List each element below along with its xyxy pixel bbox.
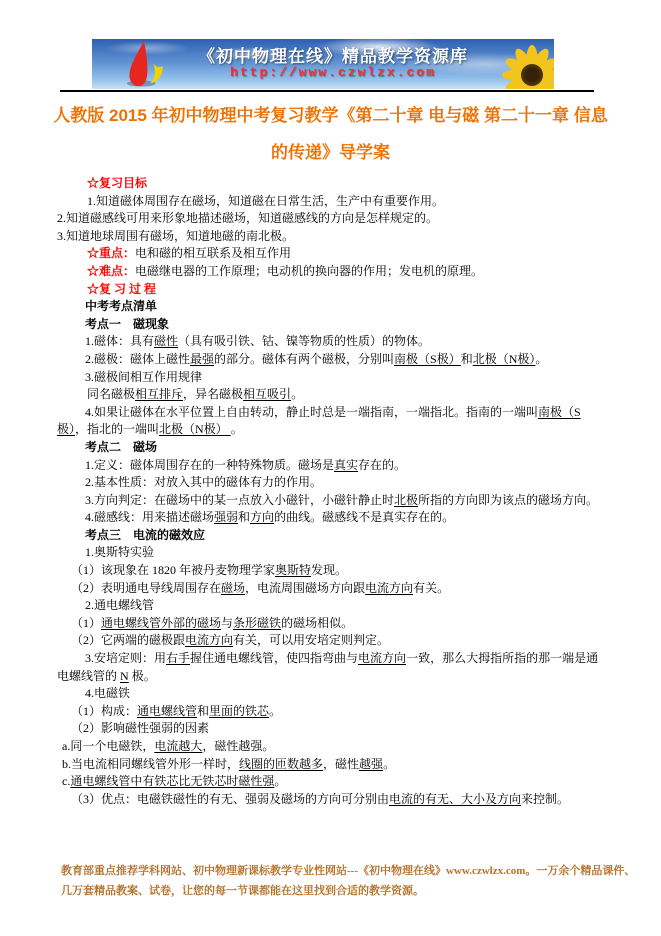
field-lines: 4.磁感线：用来描述磁场强弱和方向的曲线。磁感线不是真实存在的。 <box>57 509 609 527</box>
text-run: 。 <box>383 757 395 771</box>
factor-c: c.通电螺线管中有铁芯比无铁芯时磁性强。 <box>57 773 609 791</box>
text-run: 奥斯特 <box>275 563 311 577</box>
document-body: ☆复习目标1.知道磁体周围存在磁场，知道磁在日常生活，生产中有重要作用。2.知道… <box>57 175 609 808</box>
flame-logo-icon <box>116 40 170 88</box>
text-run: 1.知道磁体周围存在磁场，知道磁在日常生活，生产中有重要作用。 <box>87 194 444 208</box>
heading-exam-points-list: 中考考点清单 <box>57 298 609 316</box>
solenoid-2: （2）它两端的磁极跟电流方向有关，可以用安培定则判定。 <box>57 632 609 650</box>
solenoid-1: （1）通电螺线管外部的磁场与条形磁铁的磁场相似。 <box>57 615 609 633</box>
text-run: 4.如果让磁体在水平位置上自由转动，静止时总是一端指南，一端指北。指南的一端叫 <box>85 405 538 419</box>
text-run: 3.磁极间相互作用规律 <box>85 370 202 384</box>
text-run: 2.通电螺线管 <box>85 598 154 612</box>
text-run: 所指的方向即为该点的磁场方向。 <box>418 493 598 507</box>
factor-a: a.同一个电磁铁，电流越大，磁性越强。 <box>57 738 609 756</box>
title-line-1: 人教版 2015 年初中物理中考复习教学《第二十章 电与磁 第二十一章 信息 <box>0 97 661 134</box>
text-run: 考点三 电流的磁效应 <box>85 528 205 542</box>
text-run: 线圈的匝数越多 <box>239 757 323 771</box>
solenoid: 2.通电螺线管 <box>57 597 609 615</box>
text-run: 2.基本性质：对放入其中的磁体有力的作用。 <box>85 475 322 489</box>
text-run: 有关。 <box>413 581 449 595</box>
text-run: ☆复 习 过 程 <box>87 282 156 296</box>
text-run: 通电螺线管 <box>137 704 197 718</box>
text-run: 越强 <box>359 757 383 771</box>
electromagnet: 4.电磁铁 <box>57 685 609 703</box>
text-run: ，指北的一端叫 <box>75 422 159 436</box>
difficult-points: ☆难点：电磁继电器的工作原理；电动机的换向器的作用；发电机的原理。 <box>57 263 609 281</box>
pole-interaction-rule: 3.磁极间相互作用规律 <box>57 369 609 387</box>
text-run: 相互吸引 <box>243 387 291 401</box>
text-run: （2）它两端的磁极跟 <box>71 633 185 647</box>
footer-line-2: 几万套精品教案、试卷，让您的每一节课都能在这里找到合适的教学资源。 <box>61 881 646 901</box>
text-run: 北极（N极） <box>473 352 536 366</box>
magnet-definition: 1.磁体：具有磁性（具有吸引铁、钴、镍等物质的性质）的物体。 <box>57 333 609 351</box>
header-divider <box>60 90 594 92</box>
text-run: 考点二 磁场 <box>85 440 157 454</box>
text-run: 南极（S极） <box>394 352 461 366</box>
text-run: （2）表明通电导线周围存在 <box>71 581 221 595</box>
footer-line-1: 教育部重点推荐学科网站、初中物理新课标教学专业性网站---《初中物理在线》www… <box>61 861 646 881</box>
text-run: 方向 <box>250 510 274 524</box>
title-line-2: 的传递》导学案 <box>0 134 661 171</box>
text-run: 电磁继电器的工作原理；电动机的换向器的作用；发电机的原理。 <box>135 264 483 278</box>
field-definition: 1.定义：磁体周围存在的一种特殊物质。磁场是真实存在的。 <box>57 457 609 475</box>
heading-point-1: 考点一 磁现象 <box>57 316 609 334</box>
electromagnet-factors: （2）影响磁性强弱的因素 <box>57 720 609 738</box>
text-run: 北极 <box>394 493 418 507</box>
text-run: 电流方向 <box>185 633 233 647</box>
text-run: （2）影响磁性强弱的因素 <box>71 721 209 735</box>
text-run: 和 <box>238 510 250 524</box>
text-run: 1.奥斯特实验 <box>85 545 154 559</box>
text-run: 相互排斥 <box>135 387 183 401</box>
text-run: 1.定义：磁体周围存在的一种特殊物质。磁场是 <box>85 458 334 472</box>
text-run: 3.知道地球周围有磁场，知道地磁的南北极。 <box>57 229 294 243</box>
goal-3: 3.知道地球周围有磁场，知道地磁的南北极。 <box>57 228 609 246</box>
text-run: ，电流周围磁场方向跟 <box>245 581 365 595</box>
text-run: 2.磁极：磁体上磁性 <box>85 352 190 366</box>
pole-interaction-detail: 同名磁极相互排斥，异名磁极相互吸引。 <box>57 386 609 404</box>
text-run: 电流越大 <box>154 739 202 753</box>
text-run: 里面的铁芯 <box>209 704 269 718</box>
goal-1: 1.知道磁体周围存在磁场，知道磁在日常生活，生产中有重要作用。 <box>57 193 609 211</box>
field-property: 2.基本性质：对放入其中的磁体有力的作用。 <box>57 474 609 492</box>
page-title: 人教版 2015 年初中物理中考复习教学《第二十章 电与磁 第二十一章 信息 的… <box>0 97 661 171</box>
oersted-experiment: 1.奥斯特实验 <box>57 544 609 562</box>
heading-point-3: 考点三 电流的磁效应 <box>57 527 609 545</box>
text-run: 和 <box>197 704 209 718</box>
factor-b: b.当电流相同螺线管外形一样时，线圈的匝数越多，磁性越强。 <box>57 756 609 774</box>
text-run: 3.安培定则：用 <box>85 651 166 665</box>
text-run: 北极（N极） <box>159 422 231 436</box>
text-run: N <box>120 669 129 683</box>
text-run: 和 <box>461 352 473 366</box>
text-run: 4.磁感线：用来描述磁场 <box>85 510 214 524</box>
text-run: 电流方向 <box>365 581 413 595</box>
text-run: 。 <box>274 774 286 788</box>
text-run: ，磁性越强。 <box>202 739 274 753</box>
text-run: 来控制。 <box>521 792 569 806</box>
text-run: 。 <box>291 387 303 401</box>
text-run: 3.方向判定：在磁场中的某一点放入小磁针，小磁针静止时 <box>85 493 394 507</box>
site-banner: 《初中物理在线》精品教学资源库 http://www.czwlzx.com <box>92 39 554 89</box>
text-run: 电和磁的相互联系及相互作用 <box>135 246 291 260</box>
text-run: （3）优点：电磁铁磁性的有无、强弱及磁场的方向可分别由 <box>71 792 389 806</box>
text-run: 。 <box>535 352 547 366</box>
text-run: 1.磁体：具有 <box>85 334 154 348</box>
text-run: 2.知道磁感线可用来形象地描述磁场，知道磁感线的方向是怎样规定的。 <box>57 211 438 225</box>
goal-2: 2.知道磁感线可用来形象地描述磁场，知道磁感线的方向是怎样规定的。 <box>57 210 609 228</box>
oersted-2: （2）表明通电导线周围存在磁场，电流周围磁场方向跟电流方向有关。 <box>57 580 609 598</box>
heading-review-goals: ☆复习目标 <box>57 175 609 193</box>
sunflower-icon <box>486 45 554 89</box>
text-run: 真实 <box>334 458 358 472</box>
text-run: 电流的有无、大小及方向 <box>389 792 521 806</box>
text-run: （1）构成： <box>71 704 137 718</box>
text-run: 极。 <box>129 669 156 683</box>
text-run: 发现。 <box>311 563 347 577</box>
text-run: 通电螺线管中有铁芯比无铁芯时磁性强 <box>70 774 274 788</box>
text-run: 中考考点清单 <box>85 299 157 313</box>
text-run: 考点一 磁现象 <box>85 317 169 331</box>
text-run: b.当电流相同螺线管外形一样时， <box>62 757 239 771</box>
key-points: ☆重点：电和磁的相互联系及相互作用 <box>57 245 609 263</box>
text-run: （1）该现象在 1820 年被丹麦物理学家 <box>71 563 275 577</box>
text-run: 握住通电螺线管，使四指弯曲与 <box>190 651 358 665</box>
document-page: 《初中物理在线》精品教学资源库 http://www.czwlzx.com <box>0 0 661 936</box>
text-run: 强弱 <box>214 510 238 524</box>
text-run: 有关，可以用安培定则判定。 <box>233 633 389 647</box>
text-run: 条形磁铁 <box>233 616 281 630</box>
magnetic-poles: 2.磁极：磁体上磁性最强的部分。磁体有两个磁极，分别叫南极（S极）和北极（N极）… <box>57 351 609 369</box>
site-name: 《初中物理在线》精品教学资源库 <box>170 47 496 67</box>
text-run: ☆难点： <box>87 264 135 278</box>
text-run: 右手 <box>166 651 190 665</box>
text-run: 的磁场相似。 <box>281 616 353 630</box>
heading-point-2: 考点二 磁场 <box>57 439 609 457</box>
text-run: 的部分。磁体有两个磁极，分别叫 <box>214 352 394 366</box>
text-run: 存在的。 <box>358 458 406 472</box>
text-run: 最强 <box>190 352 214 366</box>
compass-behavior: 4.如果让磁体在水平位置上自由转动，静止时总是一端指南，一端指北。指南的一端叫南… <box>57 404 609 439</box>
text-run: 。 <box>269 704 281 718</box>
field-direction: 3.方向判定：在磁场中的某一点放入小磁针，小磁针静止时北极所指的方向即为该点的磁… <box>57 492 609 510</box>
text-run: ，磁性 <box>323 757 359 771</box>
text-run: 通电螺线管外部的磁场 <box>101 616 221 630</box>
text-run: ☆复习目标 <box>87 176 147 190</box>
text-run: 的曲线。磁感线不是真实存在的。 <box>274 510 454 524</box>
oersted-1: （1）该现象在 1820 年被丹麦物理学家奥斯特发现。 <box>57 562 609 580</box>
text-run: 。 <box>231 422 243 436</box>
text-run: ☆重点： <box>87 246 135 260</box>
text-run: 电流方向 <box>358 651 406 665</box>
heading-review-process: ☆复 习 过 程 <box>57 281 609 299</box>
footer-note: 教育部重点推荐学科网站、初中物理新课标教学专业性网站---《初中物理在线》www… <box>61 861 646 901</box>
text-run: 4.电磁铁 <box>85 686 130 700</box>
text-run: 磁场 <box>221 581 245 595</box>
text-run: 磁性 <box>154 334 178 348</box>
electromagnet-advantages: （3）优点：电磁铁磁性的有无、强弱及磁场的方向可分别由电流的有无、大小及方向来控… <box>57 791 609 809</box>
electromagnet-composition: （1）构成：通电螺线管和里面的铁芯。 <box>57 703 609 721</box>
text-run: a.同一个电磁铁， <box>62 739 154 753</box>
ampere-rule: 3.安培定则：用右手握住通电螺线管，使四指弯曲与电流方向一致，那么大拇指所指的那… <box>57 650 609 685</box>
text-run: （具有吸引铁、钴、镍等物质的性质）的物体。 <box>178 334 430 348</box>
text-run: 同名磁极 <box>87 387 135 401</box>
site-url: http://www.czwlzx.com <box>170 66 496 81</box>
text-run: 与 <box>221 616 233 630</box>
text-run: （1） <box>71 616 101 630</box>
text-run: ，异名磁极 <box>183 387 243 401</box>
